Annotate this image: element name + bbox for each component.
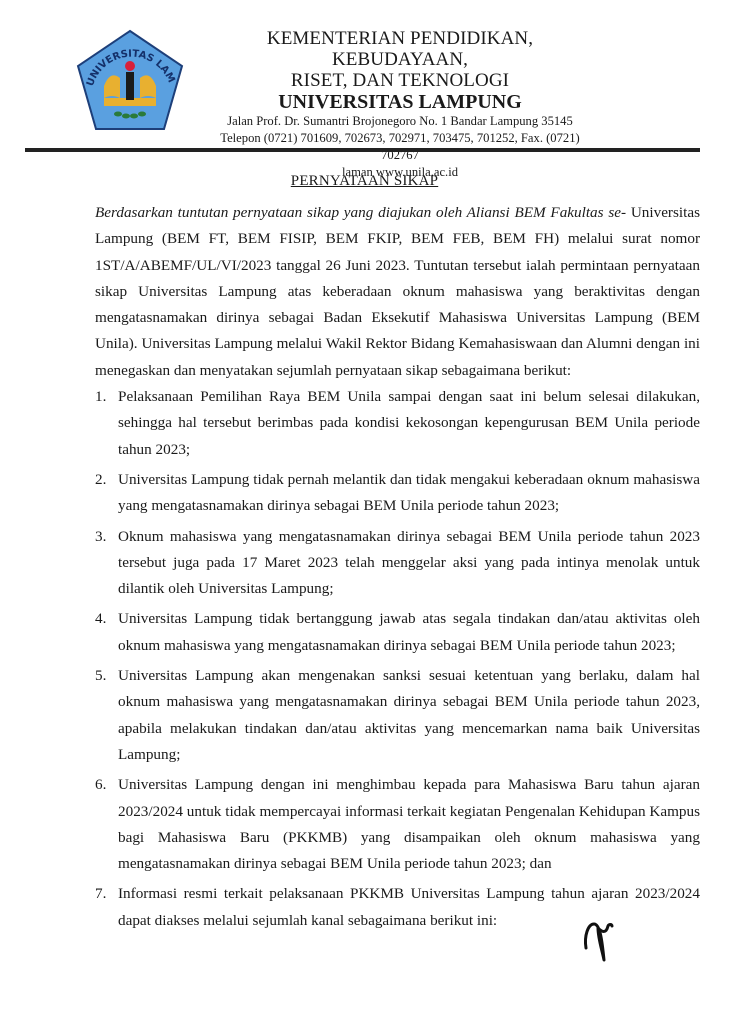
list-number: 7. xyxy=(95,881,106,907)
list-item: 4.Universitas Lampung tidak bertanggung … xyxy=(95,606,700,659)
statement-list: 1.Pelaksanaan Pemilihan Raya BEM Unila s… xyxy=(95,384,700,934)
list-text: Universitas Lampung akan mengenakan sank… xyxy=(118,667,700,763)
list-text: Oknum mahasiswa yang mengatasnamakan dir… xyxy=(118,528,700,598)
list-item: 1.Pelaksanaan Pemilihan Raya BEM Unila s… xyxy=(95,384,700,463)
university-name: UNIVERSITAS LAMPUNG xyxy=(200,91,600,113)
letterhead: KEMENTERIAN PENDIDIKAN, KEBUDAYAAN, RISE… xyxy=(200,28,600,181)
list-number: 6. xyxy=(95,772,106,798)
list-number: 5. xyxy=(95,663,106,689)
intro-italic: Berdasarkan tuntutan pernyataan sikap ya… xyxy=(95,204,626,221)
list-text: Pelaksanaan Pemilihan Raya BEM Unila sam… xyxy=(118,388,700,458)
list-number: 3. xyxy=(95,524,106,550)
intro-rest: Universitas Lampung (BEM FT, BEM FISIP, … xyxy=(95,204,700,379)
list-item: 2.Universitas Lampung tidak pernah melan… xyxy=(95,467,700,520)
list-number: 2. xyxy=(95,467,106,493)
list-text: Universitas Lampung tidak bertanggung ja… xyxy=(118,610,700,653)
initial-signature xyxy=(582,920,622,966)
ministry-name-line1: KEMENTERIAN PENDIDIKAN, KEBUDAYAAN, xyxy=(200,28,600,70)
document-body: Berdasarkan tuntutan pernyataan sikap ya… xyxy=(95,200,700,938)
intro-paragraph: Berdasarkan tuntutan pernyataan sikap ya… xyxy=(95,200,700,384)
list-text: Universitas Lampung dengan ini menghimba… xyxy=(118,776,700,872)
list-number: 1. xyxy=(95,384,106,410)
list-item: 5.Universitas Lampung akan mengenakan sa… xyxy=(95,663,700,768)
phone: Telepon (0721) 701609, 702673, 702971, 7… xyxy=(200,130,600,164)
list-item: 3.Oknum mahasiswa yang mengatasnamakan d… xyxy=(95,524,700,603)
list-item: 6.Universitas Lampung dengan ini menghim… xyxy=(95,772,700,877)
address: Jalan Prof. Dr. Sumantri Brojonegoro No.… xyxy=(200,113,600,130)
document-title: PERNYATAAN SIKAP xyxy=(0,173,729,190)
header-divider xyxy=(25,148,700,152)
ministry-name-line2: RISET, DAN TEKNOLOGI xyxy=(200,70,600,91)
university-logo: UNIVERSITAS LAMPUNG xyxy=(74,28,186,132)
list-number: 4. xyxy=(95,606,106,632)
list-text: Universitas Lampung tidak pernah melanti… xyxy=(118,471,700,514)
